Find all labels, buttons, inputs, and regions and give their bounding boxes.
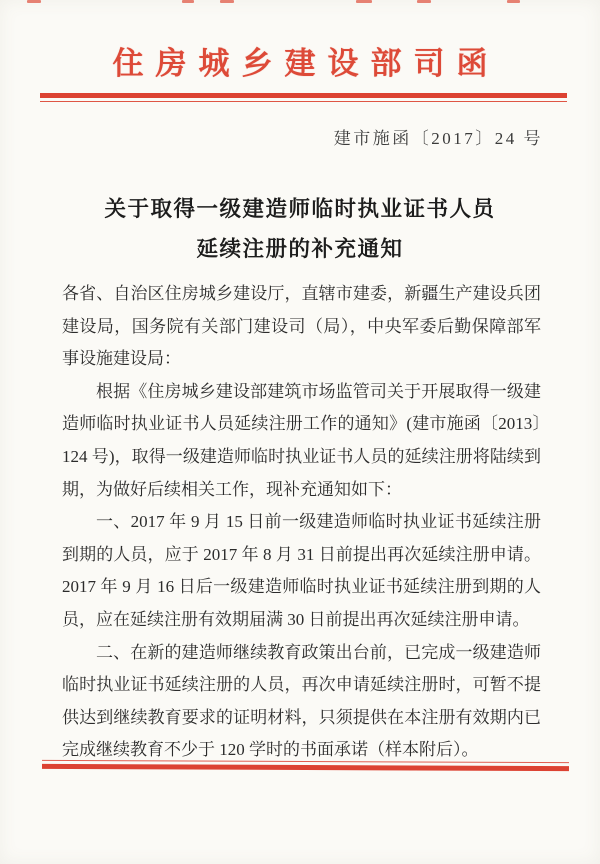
scan-artifact — [417, 0, 431, 3]
document-title-line-2: 延续注册的补充通知 — [0, 230, 600, 270]
paragraph-basis: 根据《住房城乡建设部建筑市场监管司关于开展取得一级建造师临时执业证书人员延续注册… — [62, 376, 541, 506]
scan-artifact — [356, 0, 372, 3]
addressee-paragraph: 各省、自治区住房城乡建设厅，直辖市建委，新疆生产建设兵团建设局，国务院有关部门建… — [62, 278, 541, 376]
footer-divider — [42, 760, 569, 771]
scanned-document-page: 住房城乡建设部司函 建市施函〔2017〕24 号 关于取得一级建造师临时执业证书… — [0, 0, 600, 864]
scan-artifact — [27, 0, 41, 3]
divider-thick-line — [40, 93, 567, 98]
letterhead-title: 住房城乡建设部司函 — [0, 47, 600, 81]
document-body: 各省、自治区住房城乡建设厅，直辖市建委，新疆生产建设兵团建设局，国务院有关部门建… — [62, 278, 541, 767]
paragraph-item-1: 一、2017 年 9 月 15 日前一级建造师临时执业证书延续注册到期的人员，应… — [62, 506, 541, 636]
divider-thin-line — [40, 101, 567, 102]
scan-artifact — [220, 0, 234, 3]
scan-artifact — [507, 0, 520, 3]
document-title: 关于取得一级建造师临时执业证书人员 延续注册的补充通知 — [0, 190, 600, 269]
scan-artifact — [182, 0, 194, 3]
letterhead-divider — [40, 93, 567, 102]
footer-divider-thick-line — [42, 764, 569, 771]
paragraph-item-2: 二、在新的建造师继续教育政策出台前，已完成一级建造师临时执业证书延续注册的人员，… — [62, 637, 541, 767]
document-title-line-1: 关于取得一级建造师临时执业证书人员 — [0, 190, 600, 230]
document-number: 建市施函〔2017〕24 号 — [334, 128, 543, 150]
